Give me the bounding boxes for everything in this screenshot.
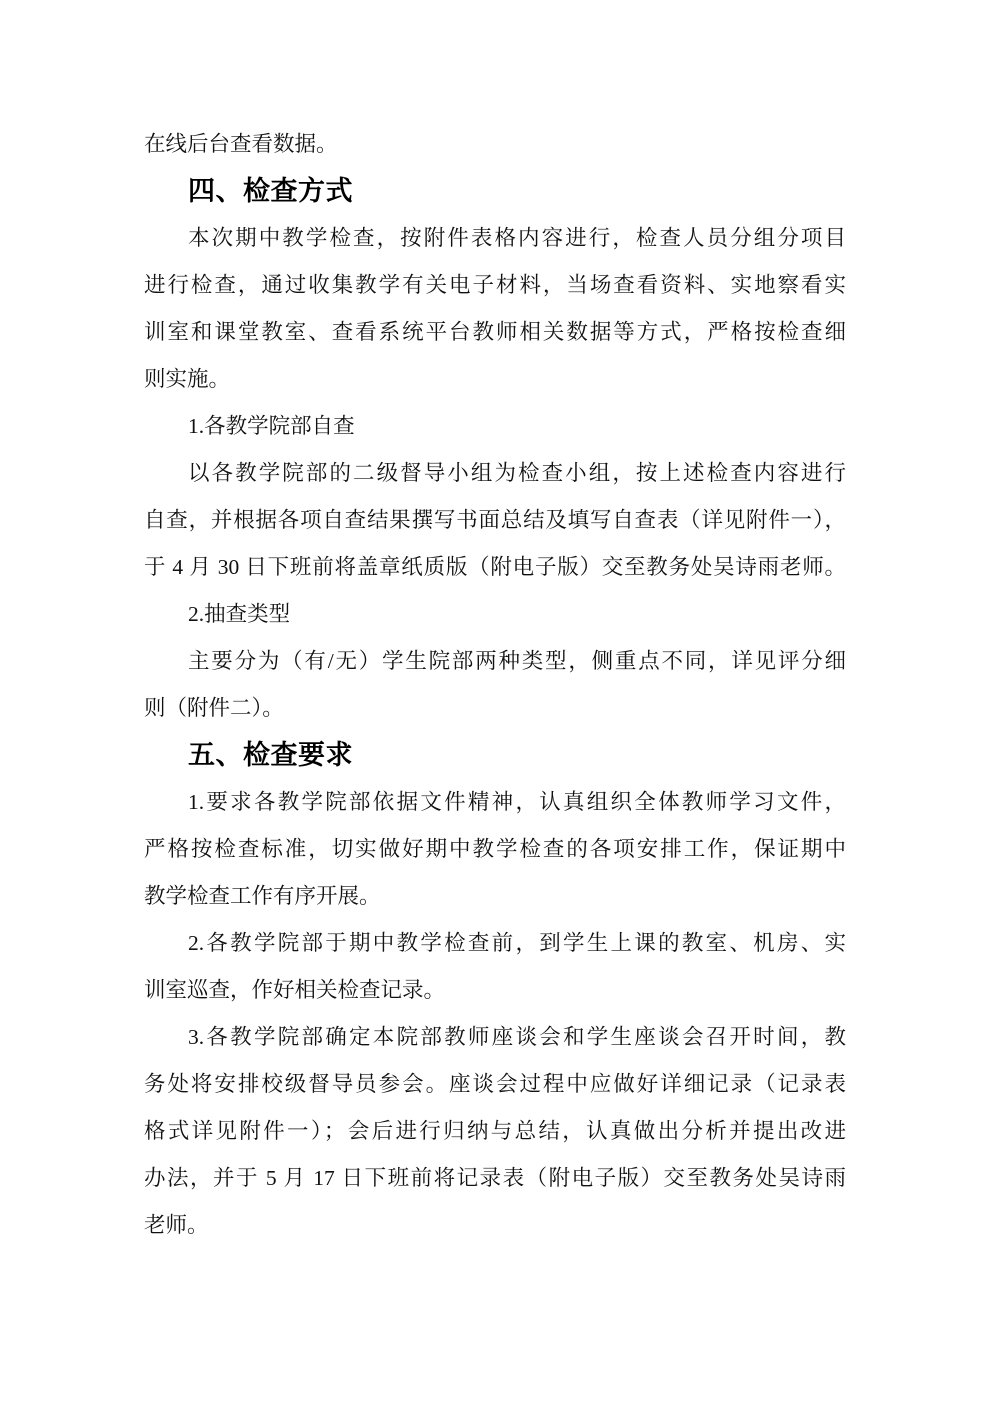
text-line: 训室和课堂教室、查看系统平台教师相关数据等方式，严格按检查细 bbox=[144, 309, 846, 356]
text-line: 务处将安排校级督导员参会。座谈会过程中应做好详细记录（记录表 bbox=[144, 1061, 846, 1108]
text-line: 办法，并于 5 月 17 日下班前将记录表（附电子版）交至教务处吴诗雨 bbox=[144, 1155, 846, 1202]
text-line: 在线后台查看数据。 bbox=[144, 121, 846, 168]
text-line: 本次期中教学检查，按附件表格内容进行，检查人员分组分项目 bbox=[144, 215, 846, 262]
text-line: 教学检查工作有序开展。 bbox=[144, 873, 846, 920]
text-line: 老师。 bbox=[144, 1202, 846, 1249]
text-line: 于 4 月 30 日下班前将盖章纸质版（附电子版）交至教务处吴诗雨老师。 bbox=[144, 544, 846, 591]
document-page: 在线后台查看数据。 四、检查方式 本次期中教学检查，按附件表格内容进行，检查人员… bbox=[0, 0, 992, 1403]
list-item-requirement-2: 2.各教学院部于期中教学检查前，到学生上课的教室、机房、实 bbox=[144, 920, 846, 967]
text-line: 训室巡查，作好相关检查记录。 bbox=[144, 967, 846, 1014]
list-item-requirement-1: 1.要求各教学院部依据文件精神，认真组织全体教师学习文件， bbox=[144, 779, 846, 826]
document-text-block: 在线后台查看数据。 四、检查方式 本次期中教学检查，按附件表格内容进行，检查人员… bbox=[144, 121, 846, 1249]
text-line: 严格按检查标准，切实做好期中教学检查的各项安排工作，保证期中 bbox=[144, 826, 846, 873]
list-item-requirement-3: 3.各教学院部确定本院部教师座谈会和学生座谈会召开时间，教 bbox=[144, 1014, 846, 1061]
list-item-self-check: 1.各教学院部自查 bbox=[144, 403, 846, 450]
text-line: 进行检查，通过收集教学有关电子材料，当场查看资料、实地察看实 bbox=[144, 262, 846, 309]
text-line: 则实施。 bbox=[144, 356, 846, 403]
section-heading-check-method: 四、检查方式 bbox=[144, 168, 846, 215]
list-item-spot-check-type: 2.抽查类型 bbox=[144, 591, 846, 638]
text-line: 自查，并根据各项自查结果撰写书面总结及填写自查表（详见附件一）， bbox=[144, 497, 846, 544]
text-line: 以各教学院部的二级督导小组为检查小组，按上述检查内容进行 bbox=[144, 450, 846, 497]
section-heading-check-requirements: 五、检查要求 bbox=[144, 732, 846, 779]
text-line: 则（附件二）。 bbox=[144, 685, 846, 732]
text-line: 主要分为（有/无）学生院部两种类型，侧重点不同，详见评分细 bbox=[144, 638, 846, 685]
text-line: 格式详见附件一）；会后进行归纳与总结，认真做出分析并提出改进 bbox=[144, 1108, 846, 1155]
